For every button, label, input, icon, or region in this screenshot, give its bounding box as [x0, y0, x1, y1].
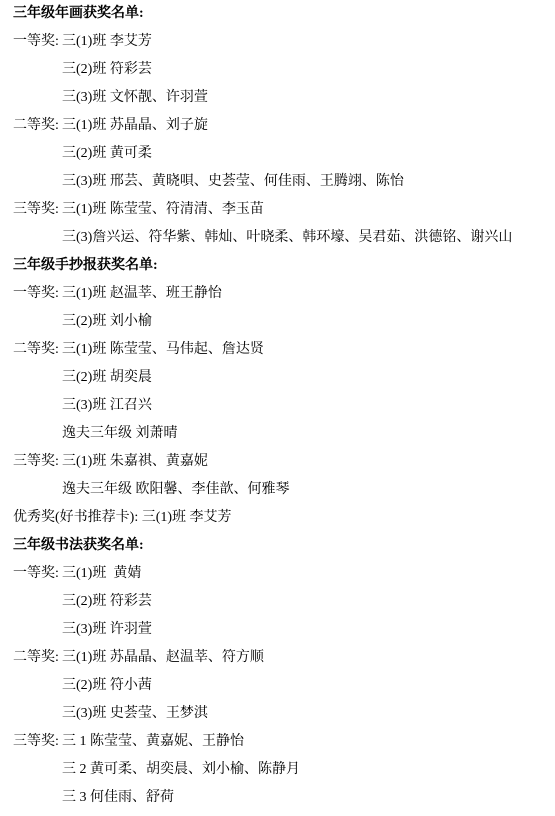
- award-line-text: 三(2)班 刘小榆: [62, 308, 152, 336]
- award-line-text: 三(3)班 文怀靓、许羽萱: [62, 84, 208, 112]
- award-line-text: 三(1)班 苏晶晶、赵温莘、符方顺: [62, 644, 264, 672]
- award-line: 三 2 黄可柔、胡奕晨、刘小榆、陈静月: [13, 756, 549, 784]
- award-line: 三(2)班 胡奕晨: [13, 364, 549, 392]
- award-line-text: 三 1 陈莹莹、黄嘉妮、王静怡: [62, 728, 244, 756]
- award-line-text: 三(2)班 黄可柔: [62, 140, 152, 168]
- award-line: 三等奖:三(1)班 朱嘉祺、黄嘉妮: [13, 448, 549, 476]
- section-heading: 三年级手抄报获奖名单:: [13, 252, 549, 280]
- award-line-text: 三(1)班 李艾芳: [142, 504, 232, 532]
- section-heading: 三年级书法获奖名单:: [13, 532, 549, 560]
- award-line: 三(3)班 邢芸、黄晓唄、史荟莹、何佳雨、王腾翊、陈怡: [13, 168, 549, 196]
- award-line: 一等奖:三(1)班 李艾芳: [13, 28, 549, 56]
- award-line-text: 逸夫三年级 欧阳馨、李佳歆、何雅琴: [62, 476, 290, 504]
- award-line-text: 三(2)班 符彩芸: [62, 588, 152, 616]
- award-rank-label: 三等奖:: [13, 196, 62, 224]
- award-line: 优秀奖(好书推荐卡): 三(1)班 李艾芳: [13, 504, 549, 532]
- document-page: 三年级年画获奖名单:一等奖:三(1)班 李艾芳三(2)班 符彩芸三(3)班 文怀…: [0, 0, 555, 812]
- award-line: 三(3)班 许羽萱: [13, 616, 549, 644]
- award-line-text: 三(1)班 黄婧: [62, 560, 141, 588]
- award-rank-label: 优秀奖(好书推荐卡):: [13, 504, 142, 532]
- award-line: 三(2)班 刘小榆: [13, 308, 549, 336]
- award-line: 二等奖:三(1)班 苏晶晶、赵温莘、符方顺: [13, 644, 549, 672]
- award-line-text: 三 3 何佳雨、舒荷: [62, 784, 174, 812]
- award-line-text: 三(1)班 朱嘉祺、黄嘉妮: [62, 448, 208, 476]
- award-line: 三(2)班 黄可柔: [13, 140, 549, 168]
- award-line-text: 三(3)班 史荟莹、王梦淇: [62, 700, 208, 728]
- award-rank-label: 一等奖:: [13, 560, 62, 588]
- award-line: 三(3)班 史荟莹、王梦淇: [13, 700, 549, 728]
- award-line: 三(2)班 符彩芸: [13, 56, 549, 84]
- award-line-text: 三(3)班 许羽萱: [62, 616, 152, 644]
- award-line: 三(2)班 符小茜: [13, 672, 549, 700]
- award-line-text: 三(2)班 符彩芸: [62, 56, 152, 84]
- award-line-text: 三(2)班 胡奕晨: [62, 364, 152, 392]
- award-line-text: 三(1)班 苏晶晶、刘子旋: [62, 112, 208, 140]
- award-line: 三(2)班 符彩芸: [13, 588, 549, 616]
- award-rank-label: 三等奖:: [13, 448, 62, 476]
- award-line-text: 三(1)班 陈莹莹、符清清、李玉苗: [62, 196, 264, 224]
- award-line: 逸夫三年级 欧阳馨、李佳歆、何雅琴: [13, 476, 549, 504]
- award-rank-label: 一等奖:: [13, 280, 62, 308]
- award-line-text: 逸夫三年级 刘萧晴: [62, 420, 178, 448]
- award-line: 三等奖:三(1)班 陈莹莹、符清清、李玉苗: [13, 196, 549, 224]
- section-heading: 三年级年画获奖名单:: [13, 0, 549, 28]
- award-rank-label: 二等奖:: [13, 644, 62, 672]
- award-line: 三 3 何佳雨、舒荷: [13, 784, 549, 812]
- award-line: 一等奖:三(1)班 黄婧: [13, 560, 549, 588]
- award-line-text: 三(3)班 江召兴: [62, 392, 152, 420]
- award-rank-label: 一等奖:: [13, 28, 62, 56]
- award-line-text: 三(1)班 赵温莘、班王静怡: [62, 280, 222, 308]
- award-line: 逸夫三年级 刘萧晴: [13, 420, 549, 448]
- award-line: 三(3)班 江召兴: [13, 392, 549, 420]
- award-line: 一等奖:三(1)班 赵温莘、班王静怡: [13, 280, 549, 308]
- award-line: 三(3)詹兴运、符华紫、韩灿、叶晓柔、韩环壕、吴君茹、洪德铭、谢兴山: [13, 224, 549, 252]
- award-line: 三等奖:三 1 陈莹莹、黄嘉妮、王静怡: [13, 728, 549, 756]
- award-line: 三(3)班 文怀靓、许羽萱: [13, 84, 549, 112]
- award-line-text: 三(3)班 邢芸、黄晓唄、史荟莹、何佳雨、王腾翊、陈怡: [62, 168, 404, 196]
- award-line-text: 三(1)班 李艾芳: [62, 28, 152, 56]
- award-line-text: 三(1)班 陈莹莹、马伟起、詹达贤: [62, 336, 264, 364]
- award-line: 二等奖:三(1)班 苏晶晶、刘子旋: [13, 112, 549, 140]
- award-line-text: 三(2)班 符小茜: [62, 672, 152, 700]
- award-line-text: 三(3)詹兴运、符华紫、韩灿、叶晓柔、韩环壕、吴君茹、洪德铭、谢兴山: [62, 224, 512, 252]
- award-line: 二等奖:三(1)班 陈莹莹、马伟起、詹达贤: [13, 336, 549, 364]
- award-rank-label: 三等奖:: [13, 728, 62, 756]
- award-rank-label: 二等奖:: [13, 336, 62, 364]
- award-line-text: 三 2 黄可柔、胡奕晨、刘小榆、陈静月: [62, 756, 300, 784]
- award-rank-label: 二等奖:: [13, 112, 62, 140]
